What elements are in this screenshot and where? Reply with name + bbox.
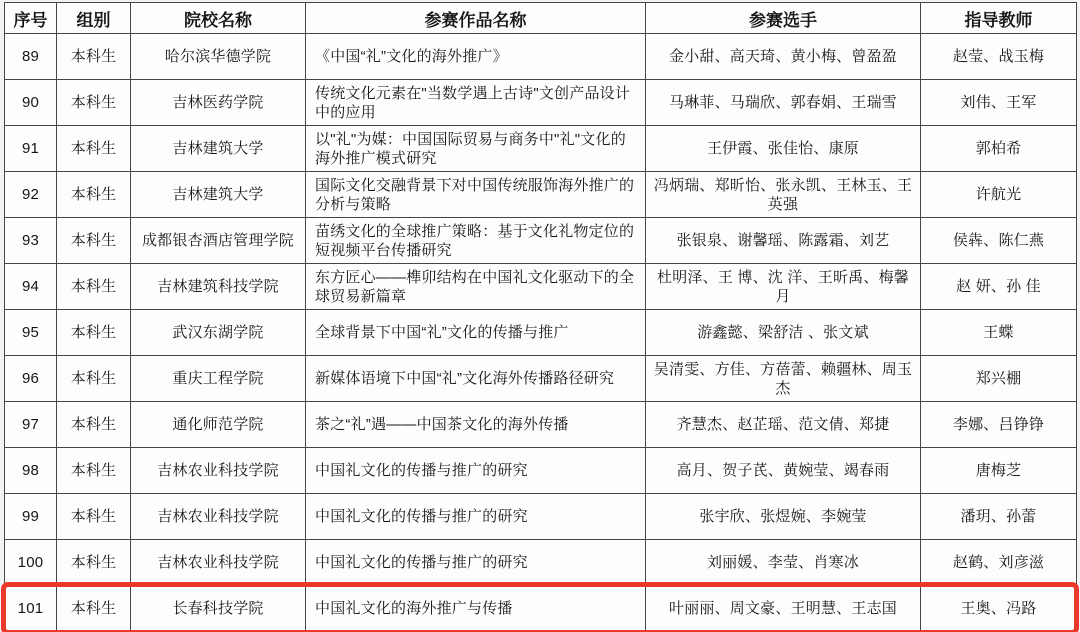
cell-institution: 通化师范学院 xyxy=(131,402,306,448)
cell-group: 本科生 xyxy=(57,448,131,494)
col-header-contestants: 参赛选手 xyxy=(646,3,921,34)
cell-index: 101 xyxy=(5,586,57,632)
cell-group: 本科生 xyxy=(57,172,131,218)
cell-group: 本科生 xyxy=(57,80,131,126)
cell-group: 本科生 xyxy=(57,402,131,448)
cell-group: 本科生 xyxy=(57,356,131,402)
cell-index: 90 xyxy=(5,80,57,126)
cell-contestants: 王伊霞、张佳怡、康原 xyxy=(646,126,921,172)
cell-group: 本科生 xyxy=(57,540,131,586)
table-row: 99本科生吉林农业科技学院中国礼文化的传播与推广的研究张宇欣、张煜婉、李婉莹潘玥… xyxy=(5,494,1077,540)
cell-institution: 吉林医药学院 xyxy=(131,80,306,126)
table-row: 91本科生吉林建筑大学以"礼"为媒：中国国际贸易与商务中"礼"文化的海外推广模式… xyxy=(5,126,1077,172)
table-row: 94本科生吉林建筑科技学院东方匠心——榫卯结构在中国礼文化驱动下的全球贸易新篇章… xyxy=(5,264,1077,310)
cell-contestants: 刘丽媛、李莹、肖寒冰 xyxy=(646,540,921,586)
cell-group: 本科生 xyxy=(57,34,131,80)
cell-advisors: 潘玥、孙蕾 xyxy=(921,494,1077,540)
cell-institution: 吉林农业科技学院 xyxy=(131,494,306,540)
cell-advisors: 赵莹、战玉梅 xyxy=(921,34,1077,80)
cell-institution: 武汉东湖学院 xyxy=(131,310,306,356)
cell-index: 97 xyxy=(5,402,57,448)
cell-advisors: 刘伟、王军 xyxy=(921,80,1077,126)
table-row: 95本科生武汉东湖学院全球背景下中国“礼”文化的传播与推广游鑫懿、梁舒洁 、张文… xyxy=(5,310,1077,356)
cell-work-title: 茶之“礼”遇——中国茶文化的海外传播 xyxy=(306,402,646,448)
cell-index: 94 xyxy=(5,264,57,310)
cell-advisors: 王奥、冯路 xyxy=(921,586,1077,632)
cell-index: 96 xyxy=(5,356,57,402)
cell-institution: 吉林农业科技学院 xyxy=(131,448,306,494)
cell-advisors: 赵 妍、孙 佳 xyxy=(921,264,1077,310)
cell-advisors: 郑兴棚 xyxy=(921,356,1077,402)
cell-institution: 吉林建筑大学 xyxy=(131,126,306,172)
cell-work-title: 中国礼文化的海外推广与传播 xyxy=(306,586,646,632)
cell-contestants: 张银泉、谢馨瑶、陈露霜、刘艺 xyxy=(646,218,921,264)
table-row: 96本科生重庆工程学院新媒体语境下中国“礼”文化海外传播路径研究吴清雯、方佳、方… xyxy=(5,356,1077,402)
cell-group: 本科生 xyxy=(57,310,131,356)
cell-index: 93 xyxy=(5,218,57,264)
cell-group: 本科生 xyxy=(57,218,131,264)
cell-contestants: 游鑫懿、梁舒洁 、张文斌 xyxy=(646,310,921,356)
cell-work-title: 中国礼文化的传播与推广的研究 xyxy=(306,540,646,586)
cell-contestants: 高月、贺子芪、黄婉莹、竭春雨 xyxy=(646,448,921,494)
table-row: 90本科生吉林医药学院传统文化元素在"当数学遇上古诗"文创产品设计中的应用马琳菲… xyxy=(5,80,1077,126)
cell-contestants: 马琳菲、马瑞欣、郭春娟、王瑞雪 xyxy=(646,80,921,126)
cell-advisors: 唐梅芝 xyxy=(921,448,1077,494)
cell-contestants: 齐慧杰、赵芷瑶、范文倩、郑捷 xyxy=(646,402,921,448)
cell-work-title: 以"礼"为媒：中国国际贸易与商务中"礼"文化的海外推广模式研究 xyxy=(306,126,646,172)
cell-contestants: 吴清雯、方佳、方蓓蕾、赖疆林、周玉杰 xyxy=(646,356,921,402)
table-row: 89本科生哈尔滨华德学院《中国“礼”文化的海外推广》金小甜、高天琦、黄小梅、曾盈… xyxy=(5,34,1077,80)
cell-group: 本科生 xyxy=(57,494,131,540)
cell-work-title: 国际文化交融背景下对中国传统服饰海外推广的分析与策略 xyxy=(306,172,646,218)
col-header-institution: 院校名称 xyxy=(131,3,306,34)
cell-group: 本科生 xyxy=(57,126,131,172)
cell-advisors: 侯犇、陈仁燕 xyxy=(921,218,1077,264)
cell-contestants: 金小甜、高天琦、黄小梅、曾盈盈 xyxy=(646,34,921,80)
table-row: 98本科生吉林农业科技学院中国礼文化的传播与推广的研究高月、贺子芪、黄婉莹、竭春… xyxy=(5,448,1077,494)
cell-work-title: 中国礼文化的传播与推广的研究 xyxy=(306,494,646,540)
table-row: 101本科生长春科技学院中国礼文化的海外推广与传播叶丽丽、周文豪、王明慧、王志国… xyxy=(5,586,1077,632)
cell-index: 99 xyxy=(5,494,57,540)
cell-work-title: 传统文化元素在"当数学遇上古诗"文创产品设计中的应用 xyxy=(306,80,646,126)
cell-contestants: 张宇欣、张煜婉、李婉莹 xyxy=(646,494,921,540)
cell-institution: 吉林建筑科技学院 xyxy=(131,264,306,310)
cell-advisors: 许航光 xyxy=(921,172,1077,218)
col-header-index: 序号 xyxy=(5,3,57,34)
cell-advisors: 郭柏希 xyxy=(921,126,1077,172)
cell-work-title: 全球背景下中国“礼”文化的传播与推广 xyxy=(306,310,646,356)
header-row: 序号 组别 院校名称 参赛作品名称 参赛选手 指导教师 xyxy=(5,3,1077,34)
cell-institution: 重庆工程学院 xyxy=(131,356,306,402)
cell-group: 本科生 xyxy=(57,586,131,632)
col-header-group: 组别 xyxy=(57,3,131,34)
col-header-advisors: 指导教师 xyxy=(921,3,1077,34)
cell-index: 100 xyxy=(5,540,57,586)
cell-contestants: 叶丽丽、周文豪、王明慧、王志国 xyxy=(646,586,921,632)
table-row: 92本科生吉林建筑大学国际文化交融背景下对中国传统服饰海外推广的分析与策略冯炳瑞… xyxy=(5,172,1077,218)
cell-institution: 吉林建筑大学 xyxy=(131,172,306,218)
table-body: 89本科生哈尔滨华德学院《中国“礼”文化的海外推广》金小甜、高天琦、黄小梅、曾盈… xyxy=(5,34,1077,632)
col-header-work-title: 参赛作品名称 xyxy=(306,3,646,34)
cell-index: 91 xyxy=(5,126,57,172)
cell-advisors: 王蝶 xyxy=(921,310,1077,356)
cell-institution: 成都银杏酒店管理学院 xyxy=(131,218,306,264)
cell-work-title: 新媒体语境下中国“礼”文化海外传播路径研究 xyxy=(306,356,646,402)
cell-institution: 吉林农业科技学院 xyxy=(131,540,306,586)
cell-advisors: 赵鹤、刘彦滋 xyxy=(921,540,1077,586)
cell-contestants: 冯炳瑞、郑昕怡、张永凯、王林玉、王英强 xyxy=(646,172,921,218)
table-row: 97本科生通化师范学院茶之“礼”遇——中国茶文化的海外传播齐慧杰、赵芷瑶、范文倩… xyxy=(5,402,1077,448)
cell-institution: 长春科技学院 xyxy=(131,586,306,632)
cell-institution: 哈尔滨华德学院 xyxy=(131,34,306,80)
cell-contestants: 杜明泽、王 博、沈 洋、王昕禹、梅馨月 xyxy=(646,264,921,310)
table-row: 100本科生吉林农业科技学院中国礼文化的传播与推广的研究刘丽媛、李莹、肖寒冰赵鹤… xyxy=(5,540,1077,586)
cell-group: 本科生 xyxy=(57,264,131,310)
cell-work-title: 中国礼文化的传播与推广的研究 xyxy=(306,448,646,494)
cell-advisors: 李娜、吕铮铮 xyxy=(921,402,1077,448)
cell-work-title: 苗绣文化的全球推广策略：基于文化礼物定位的短视频平台传播研究 xyxy=(306,218,646,264)
table-row: 93本科生成都银杏酒店管理学院苗绣文化的全球推广策略：基于文化礼物定位的短视频平… xyxy=(5,218,1077,264)
cell-work-title: 东方匠心——榫卯结构在中国礼文化驱动下的全球贸易新篇章 xyxy=(306,264,646,310)
cell-index: 95 xyxy=(5,310,57,356)
cell-index: 89 xyxy=(5,34,57,80)
results-table: 序号 组别 院校名称 参赛作品名称 参赛选手 指导教师 89本科生哈尔滨华德学院… xyxy=(4,2,1077,632)
cell-index: 92 xyxy=(5,172,57,218)
cell-index: 98 xyxy=(5,448,57,494)
cell-work-title: 《中国“礼”文化的海外推广》 xyxy=(306,34,646,80)
